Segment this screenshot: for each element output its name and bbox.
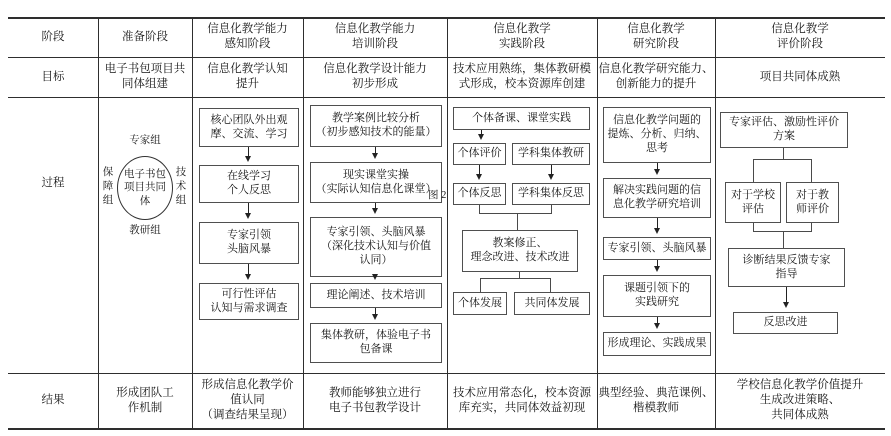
goal-research: 信息化教学研究能力、 创新能力的提升 — [597, 57, 715, 97]
goal-prepare: 电子书包项目共 同体组建 — [98, 57, 192, 97]
flow-node-subject-group-research: 学科集体教研 — [512, 143, 590, 165]
flow-node-subject-group-reflection: 学科集体反思 — [512, 183, 590, 205]
connector-line — [811, 159, 812, 182]
arrow-down-icon — [657, 163, 658, 172]
arrow-down-icon — [375, 276, 376, 277]
arrow-down-icon — [375, 147, 376, 156]
stage-header-research: 信息化教学 研究阶段 — [597, 17, 715, 57]
result-perception: 形成信息化教学价 值认同 （调查结果呈现） — [192, 373, 303, 428]
flow-node-research-5: 形成理论、实践成果 — [603, 332, 711, 356]
flow-node-diagnosis-feedback: 诊断结果反馈专家 指导 — [728, 248, 845, 287]
flow-node-perception-2: 在线学习 个人反思 — [199, 165, 299, 203]
result-prepare: 形成团队工 作机制 — [98, 373, 192, 428]
prep-group-support: 保 障 组 — [101, 166, 115, 209]
flow-node-individual-development: 个体发展 — [453, 292, 507, 315]
stage-header-evaluation: 信息化教学 评价阶段 — [715, 17, 885, 57]
flow-node-individual-reflection: 个体反思 — [453, 183, 506, 205]
arrow-down-icon — [551, 165, 552, 177]
arrow-down-icon — [657, 317, 658, 326]
flow-node-evaluation-plan: 专家评估、激励性评价 方案 — [720, 112, 848, 148]
connector-line — [550, 278, 551, 292]
row-label-stage: 阶段 — [8, 17, 98, 57]
arrow-down-icon — [657, 218, 658, 231]
connector-line — [479, 213, 552, 214]
prep-group-expert: 专家组 — [113, 134, 177, 148]
connector-line — [480, 278, 481, 292]
row-label-goal: 目标 — [8, 57, 98, 97]
arrow-down-icon — [481, 130, 482, 137]
flow-node-research-2: 解决实践问题的信 息化教学研究培训 — [603, 178, 711, 218]
flow-node-lesson-revision: 教案修正、 理念改进、技术改进 — [462, 230, 578, 272]
connector-line — [480, 278, 551, 279]
arrow-down-icon — [248, 264, 249, 277]
flow-node-perception-3: 专家引领 头脑风暴 — [199, 222, 299, 264]
result-evaluation: 学校信息化教学价值提升 生成改进策略、 共同体成熟 — [715, 373, 885, 428]
connector-line — [517, 213, 518, 230]
flow-node-research-4: 课题引领下的 实践研究 — [603, 275, 711, 317]
arrow-down-icon — [479, 165, 480, 177]
arrow-down-icon — [248, 147, 249, 159]
connector-line — [753, 159, 754, 182]
flow-node-training-4: 理论阐述、技术培训 — [310, 283, 442, 308]
flow-node-individual-evaluation: 个体评价 — [453, 143, 506, 165]
flow-node-research-3: 专家引领、头脑风暴 — [603, 237, 711, 260]
prep-group-research: 教研组 — [113, 224, 177, 238]
prep-group-technical: 技 术 组 — [174, 166, 188, 209]
stage-header-training: 信息化教学能力 培训阶段 — [303, 17, 447, 57]
connector-line — [753, 159, 812, 160]
flow-node-community-development: 共同体发展 — [514, 292, 590, 315]
stage-header-prepare: 准备阶段 — [98, 17, 192, 57]
page-artifact-figure-caption: 图 2 — [428, 187, 446, 202]
flow-node-research-1: 信息化教学问题的 提炼、分析、归纳、 思考 — [603, 107, 711, 163]
flow-node-training-1: 教学案例比较分析 （初步感知技术的能量） — [310, 105, 442, 147]
flow-node-perception-1: 核心团队外出观 摩、交流、学习 — [199, 108, 299, 147]
result-research: 典型经验、典范课例、 楷模教师 — [597, 373, 715, 428]
arrow-down-icon — [375, 308, 376, 317]
row-label-process: 过程 — [8, 170, 98, 196]
arrow-down-icon — [375, 203, 376, 211]
arrow-down-icon — [657, 260, 658, 269]
goal-training: 信息化教学设计能力 初步形成 — [303, 57, 447, 97]
arrow-down-icon — [786, 287, 787, 305]
result-practice: 技术应用常态化，校本资源 库充实，共同体效益初现 — [447, 373, 597, 428]
arrow-down-icon — [248, 203, 249, 216]
flow-node-training-2: 现实课堂实操 （实际认知信息化课堂） — [310, 162, 442, 203]
prep-community-circle: 电子书包 项目共同 体 — [117, 156, 173, 220]
flow-node-practice-top: 个体备课、课堂实践 — [453, 107, 590, 130]
row-label-result: 结果 — [8, 373, 98, 428]
connector-line — [783, 231, 784, 248]
flow-node-perception-4: 可行性评估 认知与需求调查 — [199, 283, 299, 320]
flow-node-school-assessment: 对于学校 评估 — [725, 182, 781, 223]
flow-node-teacher-evaluation: 对于教 师评价 — [786, 182, 839, 223]
goal-evaluation: 项目共同体成熟 — [715, 57, 885, 97]
flow-node-training-5: 集体教研，体验电子书 包备课 — [310, 323, 442, 363]
goal-practice: 技术应用熟练，集体教研模 式形成，校本资源库创建 — [447, 57, 597, 97]
goal-perception: 信息化教学认知 提升 — [192, 57, 303, 97]
process-stage-diagram: 阶段 目标 过程 结果 准备阶段 信息化教学能力 感知阶段 信息化教学能力 培训… — [0, 0, 891, 436]
stage-header-perception: 信息化教学能力 感知阶段 — [192, 17, 303, 57]
flow-node-reflect-improve: 反思改进 — [733, 312, 838, 334]
stage-header-practice: 信息化教学 实践阶段 — [447, 17, 597, 57]
result-training: 教师能够独立进行 电子书包教学设计 — [303, 373, 447, 428]
flow-node-training-3: 专家引领、头脑风暴 （深化技术认知与价值 认同） — [310, 217, 442, 277]
